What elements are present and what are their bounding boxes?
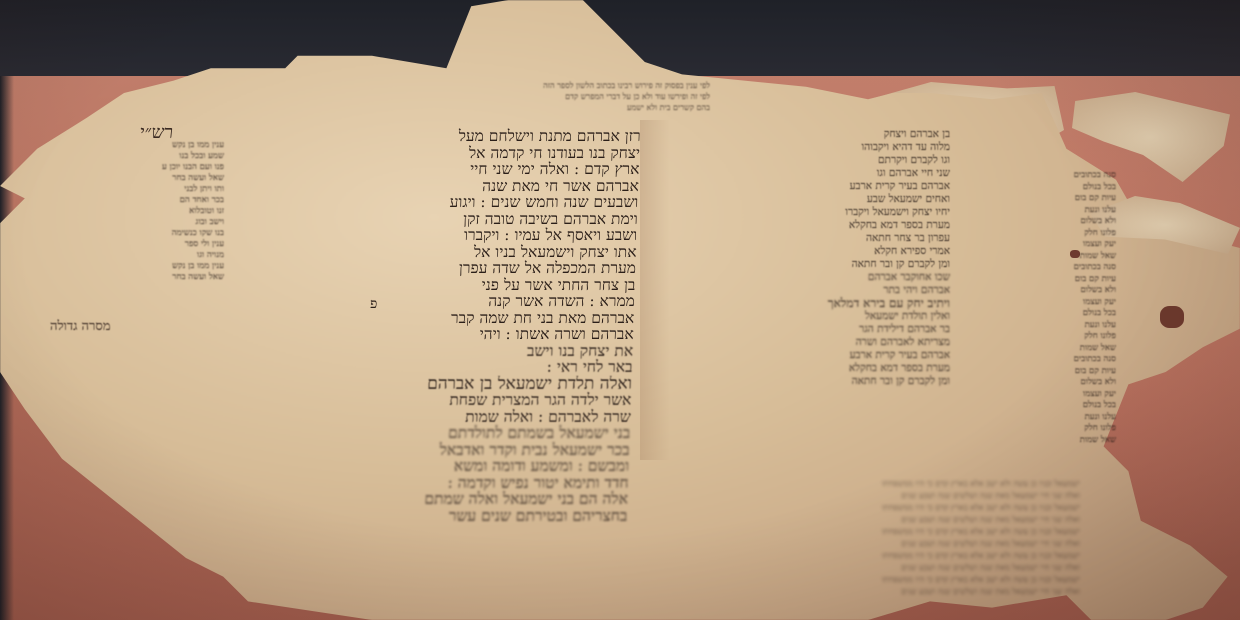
commentary-column-right: סנה בכתובים בכל בנולם עיות קם בום עלנו ו… (966, 170, 1116, 446)
text-line: עלנו ונעת (966, 412, 1116, 424)
text-line: מנויה וגו (34, 250, 224, 261)
text-line: עיות קם בום (966, 366, 1116, 378)
text-line: זנו וטובלוא (34, 206, 224, 217)
text-line: ענין ממו בן נקש (34, 261, 224, 272)
text-line: שאל ועשה בחר (34, 173, 224, 184)
text-line: וגו לקברם ויקרתם (668, 154, 950, 167)
text-line: פנו ועם הבנו יוכן ע (34, 162, 224, 173)
text-line: בכל בנולם (966, 182, 1116, 194)
text-line: שני חיי אברהם וגו (668, 167, 950, 180)
text-line: שאל שמות (966, 343, 1116, 355)
text-line: ויתיב יחק עם בירא דמלאך (668, 297, 950, 310)
text-line: אברהם בעיר קרית ארבע (668, 180, 950, 193)
top-margin-text: לפי ענין בפסוק זה פירוש רבינו בכתוב הלשו… (110, 80, 710, 113)
text-line: שאל שמות (966, 251, 1116, 263)
text-line: שמע ובכל בנו (34, 151, 224, 162)
text-line: ענין ממו בן נקש (34, 140, 224, 151)
text-line: פלונו חלק (966, 228, 1116, 240)
text-line: ואלין תולדת ישמעאל (668, 310, 950, 323)
text-line: ולא בשלום (966, 285, 1116, 297)
text-line: בן צחר החתי אשר על פני (223, 277, 636, 294)
text-line: ומן לקברם קן ובר חתאה (668, 375, 950, 388)
masorah-gedolah-heading: מסרה גדולה (50, 318, 111, 334)
text-line: סנה בכתובים (966, 170, 1116, 182)
text-line: ישמעאל ובניו כן עשה ולא ישב אלא בארץ קדם… (130, 478, 1080, 490)
text-line: עלנו ונעת (966, 320, 1116, 332)
text-line: ואחים ישמעאל שבע (668, 193, 950, 206)
text-line: בכל בנולם (966, 400, 1116, 412)
column-gutter (640, 120, 670, 460)
text-line: סנה בכתובים (966, 262, 1116, 274)
text-line: רזן אברהם מתנת וישלחם מעל (228, 128, 641, 145)
text-line: אברהם מאת בני חת שמה קבר (222, 310, 635, 327)
page-hole (1160, 306, 1184, 328)
text-line: לפי ענין בפסוק זה פירוש רבינו בכתוב הלשו… (110, 80, 710, 91)
rashi-commentary-column: ענין ממו בן נקש שמע ובכל בנו פנו ועם הבנ… (34, 140, 224, 283)
text-line: פלונו חלק (966, 331, 1116, 343)
text-line: ומן לקברם קן ובר חתאה (668, 258, 950, 271)
text-line: יצחק בנו בעודנו חי קדמה אל (228, 145, 641, 162)
text-line: ואלה שני חיי ישמעאל מאת שנה ושלשים שנה ו… (130, 586, 1080, 598)
text-line: בן אברהם ויצחק (668, 128, 950, 141)
text-line: אשר ילדה הגר המצרית שפחת (219, 392, 632, 409)
text-line: ואלה תלדת ישמעאל בן אברהם (220, 376, 633, 393)
text-line: ואלה שני חיי ישמעאל מאת שנה ושלשים שנה ו… (130, 490, 1080, 502)
text-line: אברהם אשר חי מאת שנה (227, 178, 640, 195)
text-line: ומבשם : ומשמע ודומה ומשא (217, 458, 630, 475)
text-line: עיות קם בום (966, 193, 1116, 205)
text-line: שאל ועשה בחר (34, 272, 224, 283)
text-line: ענין ולי ספר (34, 239, 224, 250)
text-line: בהם קשרים בית ולא ישמע (110, 102, 710, 113)
text-line: יעק ועצמו (966, 389, 1116, 401)
text-line: ולא בשלום (966, 216, 1116, 228)
text-line: וימת אברהם בשיבה טובה זקן (225, 211, 638, 228)
text-line: ואלה שני חיי ישמעאל מאת שנה ושלשים שנה ו… (130, 538, 1080, 550)
text-line: ושבע ויאסף אל עמיו : ויקברו (225, 227, 638, 244)
main-text-column: רזן אברהם מתנת וישלחם מעל יצחק בנו בעודנ… (215, 128, 641, 524)
text-line: ישמעאל ובניו כן עשה ולא ישב אלא בארץ קדם… (130, 550, 1080, 562)
text-line: מלוה עד דהיא ויקבוהו (668, 141, 950, 154)
text-line: שכו אחוקבר אברהם (668, 271, 950, 284)
text-line: ואלה שני חיי ישמעאל מאת שנה ושלשים שנה ו… (130, 514, 1080, 526)
text-line: עיות קם בום (966, 274, 1116, 286)
text-line: ישמעאל ובניו כן עשה ולא ישב אלא בארץ קדם… (130, 526, 1080, 538)
text-line: ולא בשלום (966, 377, 1116, 389)
text-line: שאל שמות (966, 435, 1116, 447)
text-line: יחיו יצחק וישמעאל ויקברו (668, 206, 950, 219)
text-line: אברהם ויהי בתר (668, 284, 950, 297)
text-line: עפרון בר צחר חתאה (668, 232, 950, 245)
text-line: ישמעאל ובניו כן עשה ולא ישב אלא בארץ קדם… (130, 502, 1080, 514)
text-line: ואלה שני חיי ישמעאל מאת שנה ושלשים שנה ו… (130, 562, 1080, 574)
text-line: בכר ואחד הם (34, 195, 224, 206)
text-line: שרה לאברהם : ואלה שמות (219, 409, 632, 426)
text-line: ושבעים שנה וחמש שנים : ויגוע (226, 194, 639, 211)
text-line: בני ישמעאל בשמתם לתולדתם (218, 425, 631, 442)
text-line: באר לחי ראי : (220, 359, 633, 376)
text-line: עלנו ונעת (966, 205, 1116, 217)
text-line: סנה בכתובים (966, 354, 1116, 366)
text-line: פלונו חלק (966, 423, 1116, 435)
text-line: אברהם בעיר קרית ארבע (668, 349, 950, 362)
text-line: מערת בספר דמא בחקלא (668, 219, 950, 232)
bottom-blurred-text: ישמעאל ובניו כן עשה ולא ישב אלא בארץ קדם… (130, 478, 1080, 598)
text-line: בנו שקו כנשימה (34, 228, 224, 239)
text-line: יעק ועצמו (966, 239, 1116, 251)
text-line: בר אברהם דילידת הגר (668, 323, 950, 336)
text-line: אברהם ושרה אשתו : ויהי (221, 326, 634, 343)
text-line: בכל בנולם (966, 308, 1116, 320)
text-line: מערת המכפלה אל שדה עפרן (224, 260, 637, 277)
text-line: בכר ישמעאל נבית וקדר ואדבאל (217, 442, 630, 459)
targum-column: בן אברהם ויצחק מלוה עד דהיא ויקבוהו וגו … (668, 128, 950, 388)
text-line: ארץ קדם : ואלה ימי שני חיי (227, 161, 640, 178)
text-line: לפי זה ופירשו עוד ולא כן על דברי המפרש ק… (110, 91, 710, 102)
text-line: יעק ועצמו (966, 297, 1116, 309)
text-line: ממרא : השדה אשר קנה (223, 293, 636, 310)
text-line: ישמעאל ובניו כן עשה ולא ישב אלא בארץ קדם… (130, 574, 1080, 586)
text-line: וישב ובוג (34, 217, 224, 228)
text-line: מערת בספר דמא בחקלא (668, 362, 950, 375)
text-line: מצריתא לאברהם ושרה (668, 336, 950, 349)
text-line: את יצחק בנו וישב (221, 343, 634, 360)
text-line: אמרי ספירא חקלא (668, 245, 950, 258)
text-line: אתו יצחק וישמעאל בניו אל (224, 244, 637, 261)
parasha-marker: פ (370, 296, 377, 313)
text-line: ותו ויתן לבני (34, 184, 224, 195)
